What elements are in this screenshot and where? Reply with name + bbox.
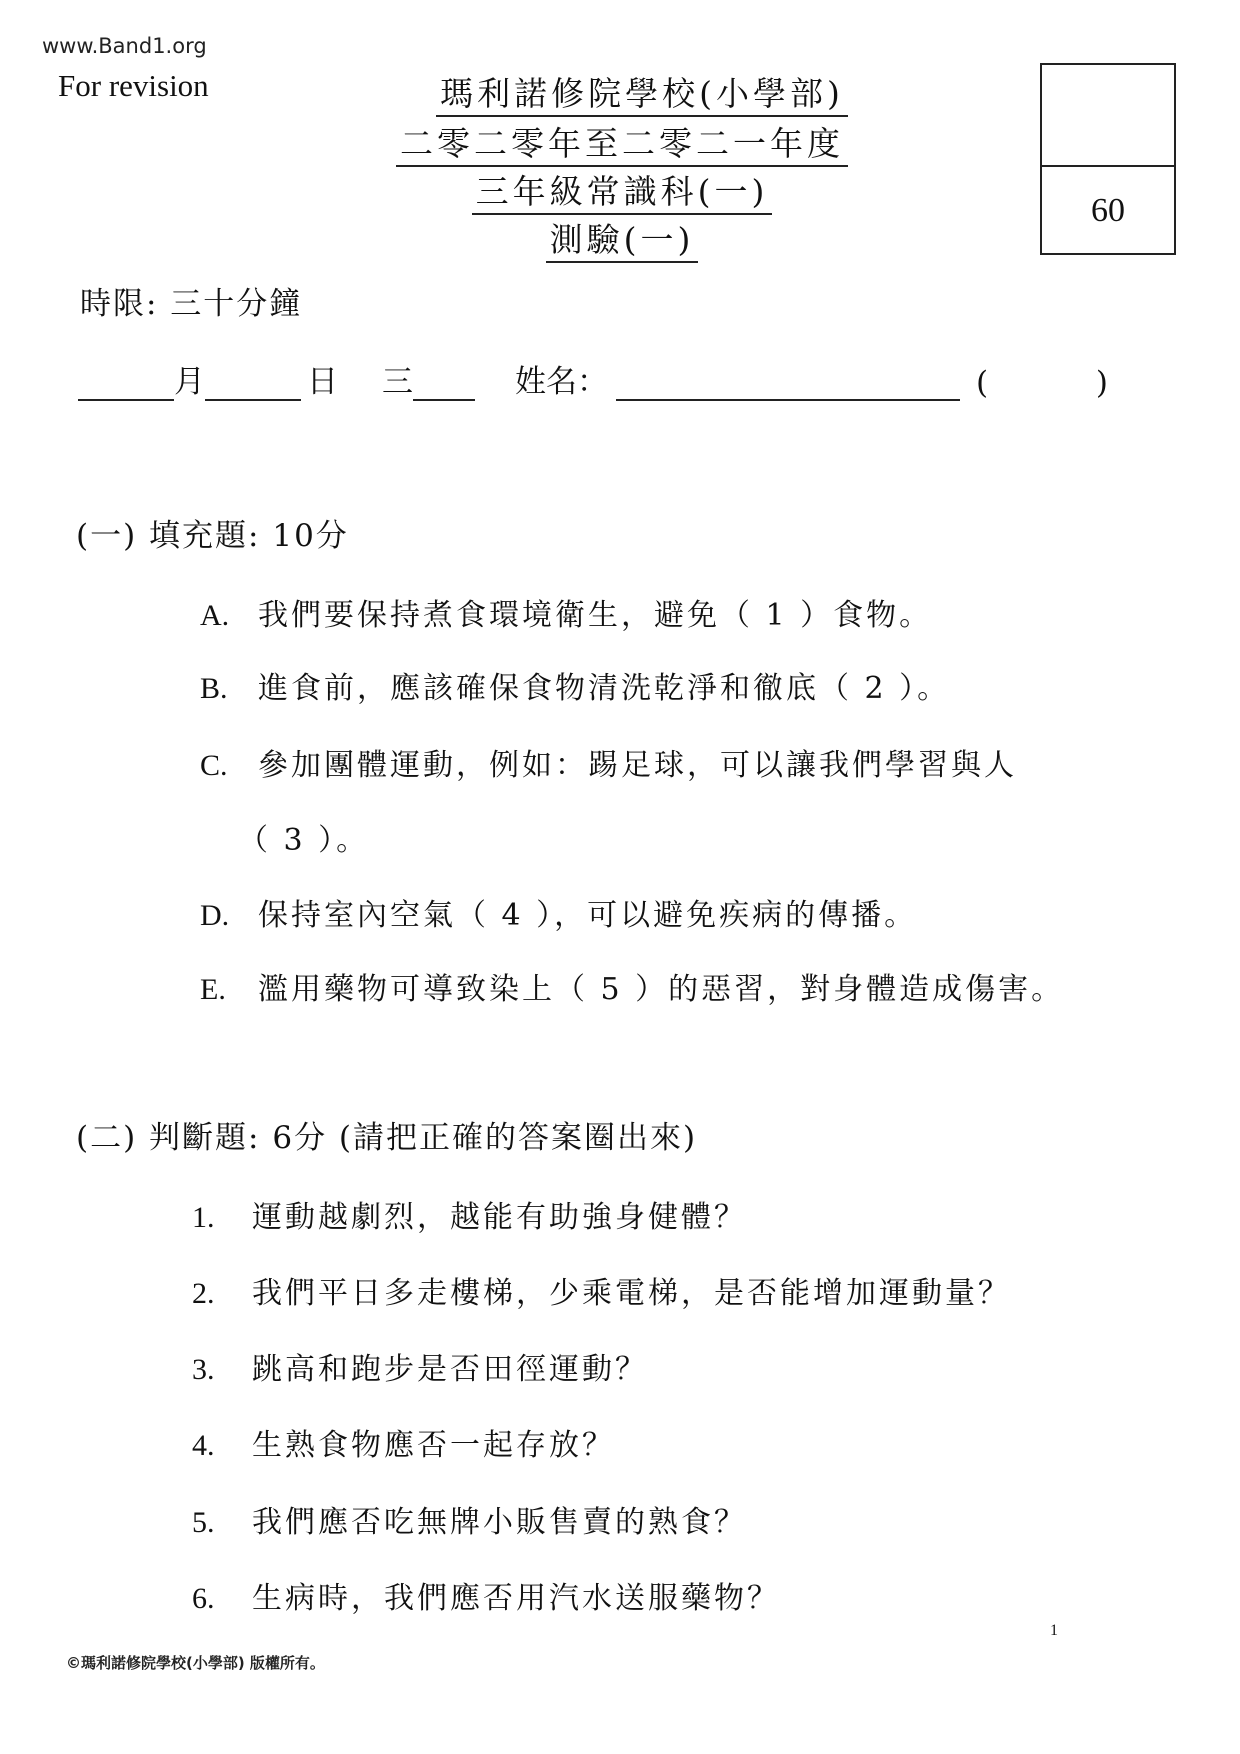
question-text: 參加團體運動，例如：踢足球，可以讓我們學習與人 bbox=[258, 748, 1017, 783]
academic-year-text: 二零二零年至二零二一年度 bbox=[396, 124, 848, 167]
question-text: 生病時，我們應否用汽水送服藥物？ bbox=[252, 1581, 780, 1616]
question-number: 4. bbox=[192, 1429, 252, 1463]
score-obtained-cell[interactable] bbox=[1042, 65, 1174, 167]
question-text: 跳高和跑步是否田徑運動？ bbox=[252, 1352, 648, 1387]
day-label: 日 bbox=[307, 356, 338, 401]
question-number: 6. bbox=[192, 1582, 252, 1616]
question-text: 濫用藥物可導致染上（ 5 ）的惡習，對身體造成傷害。 bbox=[258, 972, 1064, 1007]
page-number: 1 bbox=[1050, 1622, 1058, 1640]
fill-question-e: E.濫用藥物可導致染上（ 5 ）的惡習，對身體造成傷害。 bbox=[200, 964, 1064, 1008]
question-text: 我們應否吃無牌小販售賣的熟食？ bbox=[252, 1505, 747, 1540]
question-text: 進食前，應該確保食物清洗乾淨和徹底（ 2 ）。 bbox=[258, 671, 950, 706]
month-label: 月 bbox=[174, 356, 205, 401]
copyright-footer: ©瑪利諾修院學校(小學部) 版權所有。 bbox=[66, 1652, 325, 1673]
school-name-text: 瑪利諾修院學校(小學部) bbox=[436, 74, 848, 117]
class-number-open: ( bbox=[976, 365, 988, 401]
judgement-question-4: 4.生熟食物應否一起存放？ bbox=[192, 1420, 615, 1464]
fill-question-a: A.我們要保持煮食環境衛生，避免（ 1 ）食物。 bbox=[200, 590, 932, 634]
judgement-question-1: 1.運動越劇烈，越能有助強身健體？ bbox=[192, 1192, 747, 1236]
fill-question-b: B.進食前，應該確保食物清洗乾淨和徹底（ 2 ）。 bbox=[200, 663, 950, 707]
judgement-question-6: 6.生病時，我們應否用汽水送服藥物？ bbox=[192, 1573, 780, 1617]
question-text: 我們要保持煮食環境衛生，避免（ 1 ）食物。 bbox=[258, 598, 932, 633]
section-2-heading: (二) 判斷題: 6分 (請把正確的答案圈出來) bbox=[76, 1112, 697, 1157]
question-text: 保持室內空氣（ 4 ），可以避免疾病的傳播。 bbox=[258, 898, 917, 933]
question-number: 5. bbox=[192, 1506, 252, 1540]
question-text: 我們平日多走樓梯，少乘電梯，是否能增加運動量？ bbox=[252, 1276, 1011, 1311]
question-number: 3. bbox=[192, 1353, 252, 1387]
judgement-question-3: 3.跳高和跑步是否田徑運動？ bbox=[192, 1344, 648, 1388]
month-blank[interactable] bbox=[78, 369, 174, 401]
class-number-slot[interactable]: ( ) bbox=[976, 365, 1108, 401]
name-label: 姓名： bbox=[515, 356, 608, 401]
question-label: D. bbox=[200, 899, 258, 933]
class-number-close: ) bbox=[1096, 365, 1108, 401]
question-number: 2. bbox=[192, 1277, 252, 1311]
judgement-question-5: 5.我們應否吃無牌小販售賣的熟食？ bbox=[192, 1497, 747, 1541]
question-label: A. bbox=[200, 599, 258, 633]
name-blank[interactable] bbox=[616, 369, 960, 401]
question-label: C. bbox=[200, 749, 258, 783]
time-limit: 時限: 三十分鐘 bbox=[80, 278, 302, 323]
student-info-line: 月 日 三 姓名： ( ) bbox=[78, 356, 1178, 401]
subject-text: 三年級常識科(一) bbox=[472, 172, 773, 215]
section-1-heading: (一) 填充題: 10分 bbox=[76, 510, 349, 555]
question-text: 生熟食物應否一起存放？ bbox=[252, 1428, 615, 1463]
fill-question-c: C.參加團體運動，例如：踢足球，可以讓我們學習與人 bbox=[200, 740, 1017, 784]
score-box: 60 bbox=[1040, 63, 1176, 255]
test-text: 測驗(一) bbox=[546, 220, 699, 263]
question-label: E. bbox=[200, 973, 258, 1007]
fill-question-d: D.保持室內空氣（ 4 ），可以避免疾病的傳播。 bbox=[200, 890, 917, 934]
judgement-question-2: 2.我們平日多走樓梯，少乘電梯，是否能增加運動量？ bbox=[192, 1268, 1011, 1312]
total-score-cell: 60 bbox=[1042, 167, 1174, 255]
question-text: 運動越劇烈，越能有助強身健體？ bbox=[252, 1200, 747, 1235]
question-text: （ 3 ）。 bbox=[238, 823, 369, 858]
fill-question-c-continued: （ 3 ）。 bbox=[238, 815, 369, 859]
question-label: B. bbox=[200, 672, 258, 706]
day-blank[interactable] bbox=[205, 369, 301, 401]
class-blank[interactable] bbox=[413, 369, 475, 401]
question-number: 1. bbox=[192, 1201, 252, 1235]
watermark-text: www.Band1.org bbox=[42, 34, 207, 58]
class-prefix: 三 bbox=[382, 356, 413, 401]
